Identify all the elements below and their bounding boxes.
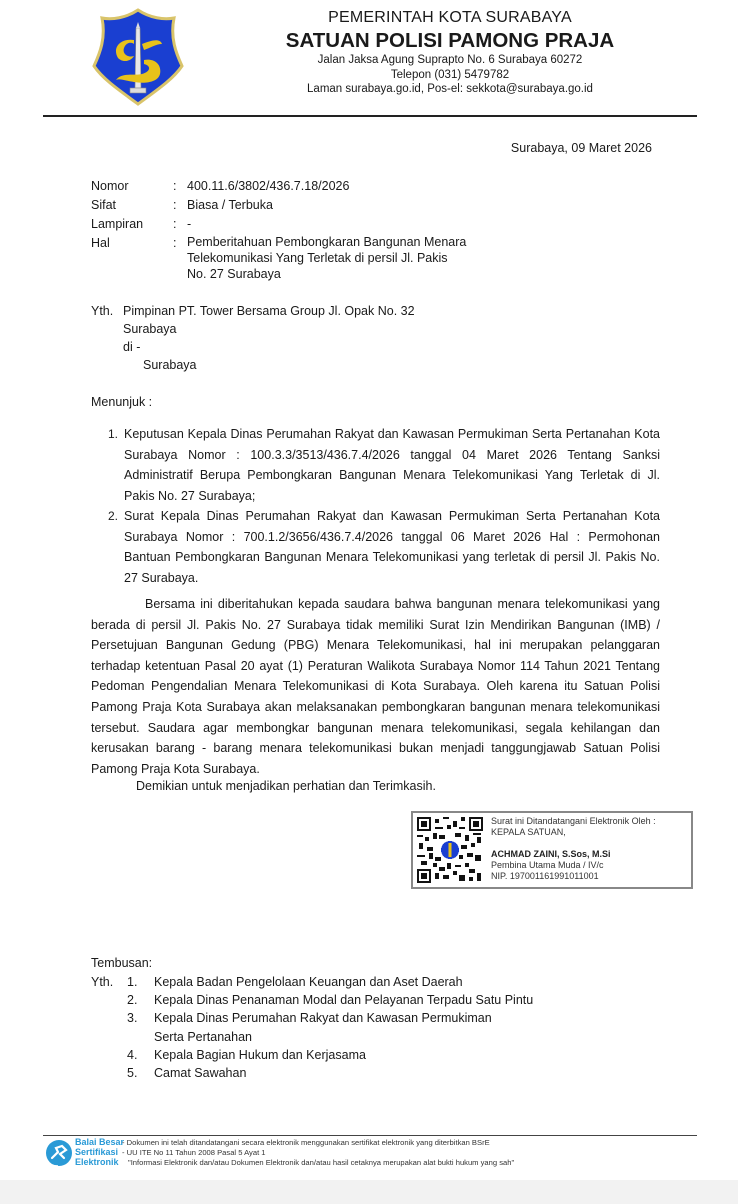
bsre-name: Balai Besar Sertifikasi Elektronik — [75, 1137, 124, 1167]
reference-list: 1. Keputusan Kepala Dinas Perumahan Raky… — [108, 424, 660, 588]
meta-nomor: Nomor : 400.11.6/3802/436.7.18/2026 — [91, 177, 487, 196]
tembusan-item: 3. Kepala Dinas Perumahan Rakyat dan Kaw… — [91, 1009, 534, 1045]
meta-hal: Hal : Pemberitahuan Pembongkaran Banguna… — [91, 234, 487, 282]
footer-notes: - Dokumen ini telah ditandatangani secar… — [122, 1138, 514, 1168]
meta-sifat: Sifat : Biasa / Terbuka — [91, 196, 487, 215]
addressee-yth: Yth. — [91, 302, 123, 320]
electronic-signature-box: Surat ini Ditandatangani Elektronik Oleh… — [411, 811, 693, 889]
tembusan-item: Yth. 1. Kepala Badan Pengelolaan Keuanga… — [91, 973, 534, 991]
tembusan-title: Tembusan: — [91, 956, 152, 970]
menunjuk-label: Menunjuk : — [91, 395, 152, 409]
viewer-bottom-bar — [0, 1180, 738, 1204]
footer-divider — [43, 1135, 697, 1136]
tembusan-item: 5. Camat Sawahan — [91, 1064, 534, 1082]
letter-meta: Nomor : 400.11.6/3802/436.7.18/2026 Sifa… — [91, 177, 487, 282]
signer-name: ACHMAD ZAINI, S.Sos, M.Si — [491, 849, 656, 860]
signer-nip: NIP. 197001161991011001 — [491, 871, 656, 882]
bsre-logo-icon — [44, 1138, 74, 1168]
qr-code-icon[interactable] — [417, 817, 483, 883]
tembusan-item: 4. Kepala Bagian Hukum dan Kerjasama — [91, 1046, 534, 1064]
letterhead-divider — [43, 115, 697, 117]
signature-position: KEPALA SATUAN, — [491, 827, 656, 838]
signer-rank: Pembina Utama Muda / IV/c — [491, 860, 656, 871]
footer-note-certificate: - Dokumen ini telah ditandatangani secar… — [122, 1138, 514, 1148]
surabaya-coat-of-arms-icon — [90, 8, 186, 106]
addressee-city: Surabaya — [91, 356, 415, 374]
letterhead-phone: Telepon (031) 5479782 — [200, 69, 700, 81]
addressee: Yth. Pimpinan PT. Tower Bersama Group Jl… — [91, 302, 415, 374]
letterhead-agency: SATUAN POLISI PAMONG PRAJA — [200, 29, 700, 53]
addressee-line2: Surabaya — [91, 320, 415, 338]
tembusan-item: 2. Kepala Dinas Penanaman Modal dan Pela… — [91, 991, 534, 1009]
letterhead-web: Laman surabaya.go.id, Pos-el: sekkota@su… — [200, 83, 700, 95]
addressee-di: di - — [91, 338, 415, 356]
body-paragraph: Bersama ini diberitahukan kepada saudara… — [91, 594, 660, 779]
signature-text: Surat ini Ditandatangani Elektronik Oleh… — [491, 816, 656, 882]
letterhead-government: PEMERINTAH KOTA SURABAYA — [200, 9, 700, 27]
signature-statement: Surat ini Ditandatangani Elektronik Oleh… — [491, 816, 656, 827]
letterhead-address: Jalan Jaksa Agung Suprapto No. 6 Surabay… — [200, 54, 700, 66]
addressee-line1: Pimpinan PT. Tower Bersama Group Jl. Opa… — [123, 302, 415, 320]
reference-item: 1. Keputusan Kepala Dinas Perumahan Raky… — [108, 424, 660, 506]
letter-date: Surabaya, 09 Maret 2026 — [511, 141, 652, 155]
tembusan-list: Yth. 1. Kepala Badan Pengelolaan Keuanga… — [91, 973, 534, 1082]
meta-lampiran: Lampiran : - — [91, 215, 487, 234]
footer-note-law: - UU ITE No 11 Tahun 2008 Pasal 5 Ayat 1 — [122, 1148, 514, 1158]
closing-sentence: Demikian untuk menjadikan perhatian dan … — [136, 779, 436, 793]
reference-item: 2. Surat Kepala Dinas Perumahan Rakyat d… — [108, 506, 660, 588]
footer-note-legal: "Informasi Elektronik dan/atau Dokumen E… — [122, 1158, 514, 1168]
